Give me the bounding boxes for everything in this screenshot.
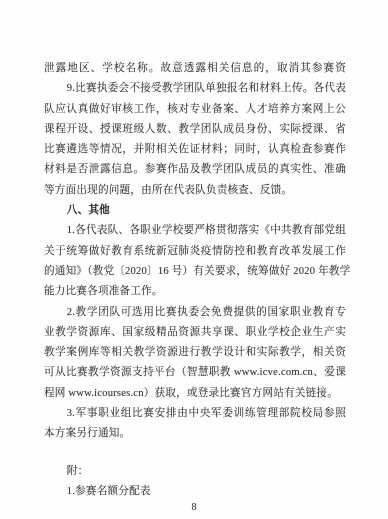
document-page: 泄露地区、学校名称。故意透露相关信息的，取消其参赛资格。 9.比赛执委会不接受教… [0,0,388,519]
body-text-line: 业教学资源库、国家级精品资源共享课、职业学校企业生产实际 [44,323,346,343]
body-text-line: 的通知》（教党〔2020〕16 号）有关要求，统筹做好 2020 年教学 [44,262,346,282]
body-text-line: 本方案另行通知。 [44,424,346,444]
body-text-line: 能力比赛各项准备工作。 [44,282,346,302]
body-text-line: 关于统筹做好教育系统新冠肺炎疫情防控和教育改革发展工作 [44,242,346,262]
body-text-line: 2.教学团队可选用比赛执委会免费提供的国家职业教育专 [44,303,346,323]
attachment-label: 附： [44,462,346,482]
section-heading: 八、其他 [44,201,346,221]
body-text-line: 等方面出现的问题，由所在代表队负责核查、反馈。 [44,181,346,201]
body-text-line: 3.军事职业组比赛安排由中央军委训练管理部院校局参照 [44,404,346,424]
body-text-line: 泄露地区、学校名称。故意透露相关信息的，取消其参赛资格。 [44,59,346,79]
body-text-line: 教学案例库等相关教学资源进行教学设计和实际教学，相关资源 [44,343,346,363]
body-text-line: 材料是否泄露信息。参赛作品及教学团队成员的真实性、准确性 [44,160,346,180]
attachment-item: 1.参赛名额分配表 [44,482,346,502]
document-text-block: 泄露地区、学校名称。故意透露相关信息的，取消其参赛资格。 9.比赛执委会不接受教… [44,59,346,502]
body-text-line: 9.比赛执委会不接受教学团队单独报名和材料上传。各代表 [44,79,346,99]
body-text-line: 队应认真做好审核工作，核对专业备案、人才培养方案网上公示、 [44,100,346,120]
body-text-line: 可从比赛教学资源支持平台（智慧职教 www.icve.com.cn、爱课 [44,363,346,383]
body-text-line: 1.各代表队、各职业学校要严格贯彻落实《中共教育部党组 [44,221,346,241]
body-text-line: 程网 www.icourses.cn）获取，或登录比赛官方网站有关链接。 [44,384,346,404]
body-text-line: 比赛遴选等情况，并附相关佐证材料；同时，认真检查参赛作品 [44,140,346,160]
page-number: 8 [0,502,388,513]
body-text-line: 课程开设、授课班级人数、教学团队成员身份、实际授课、省级 [44,120,346,140]
